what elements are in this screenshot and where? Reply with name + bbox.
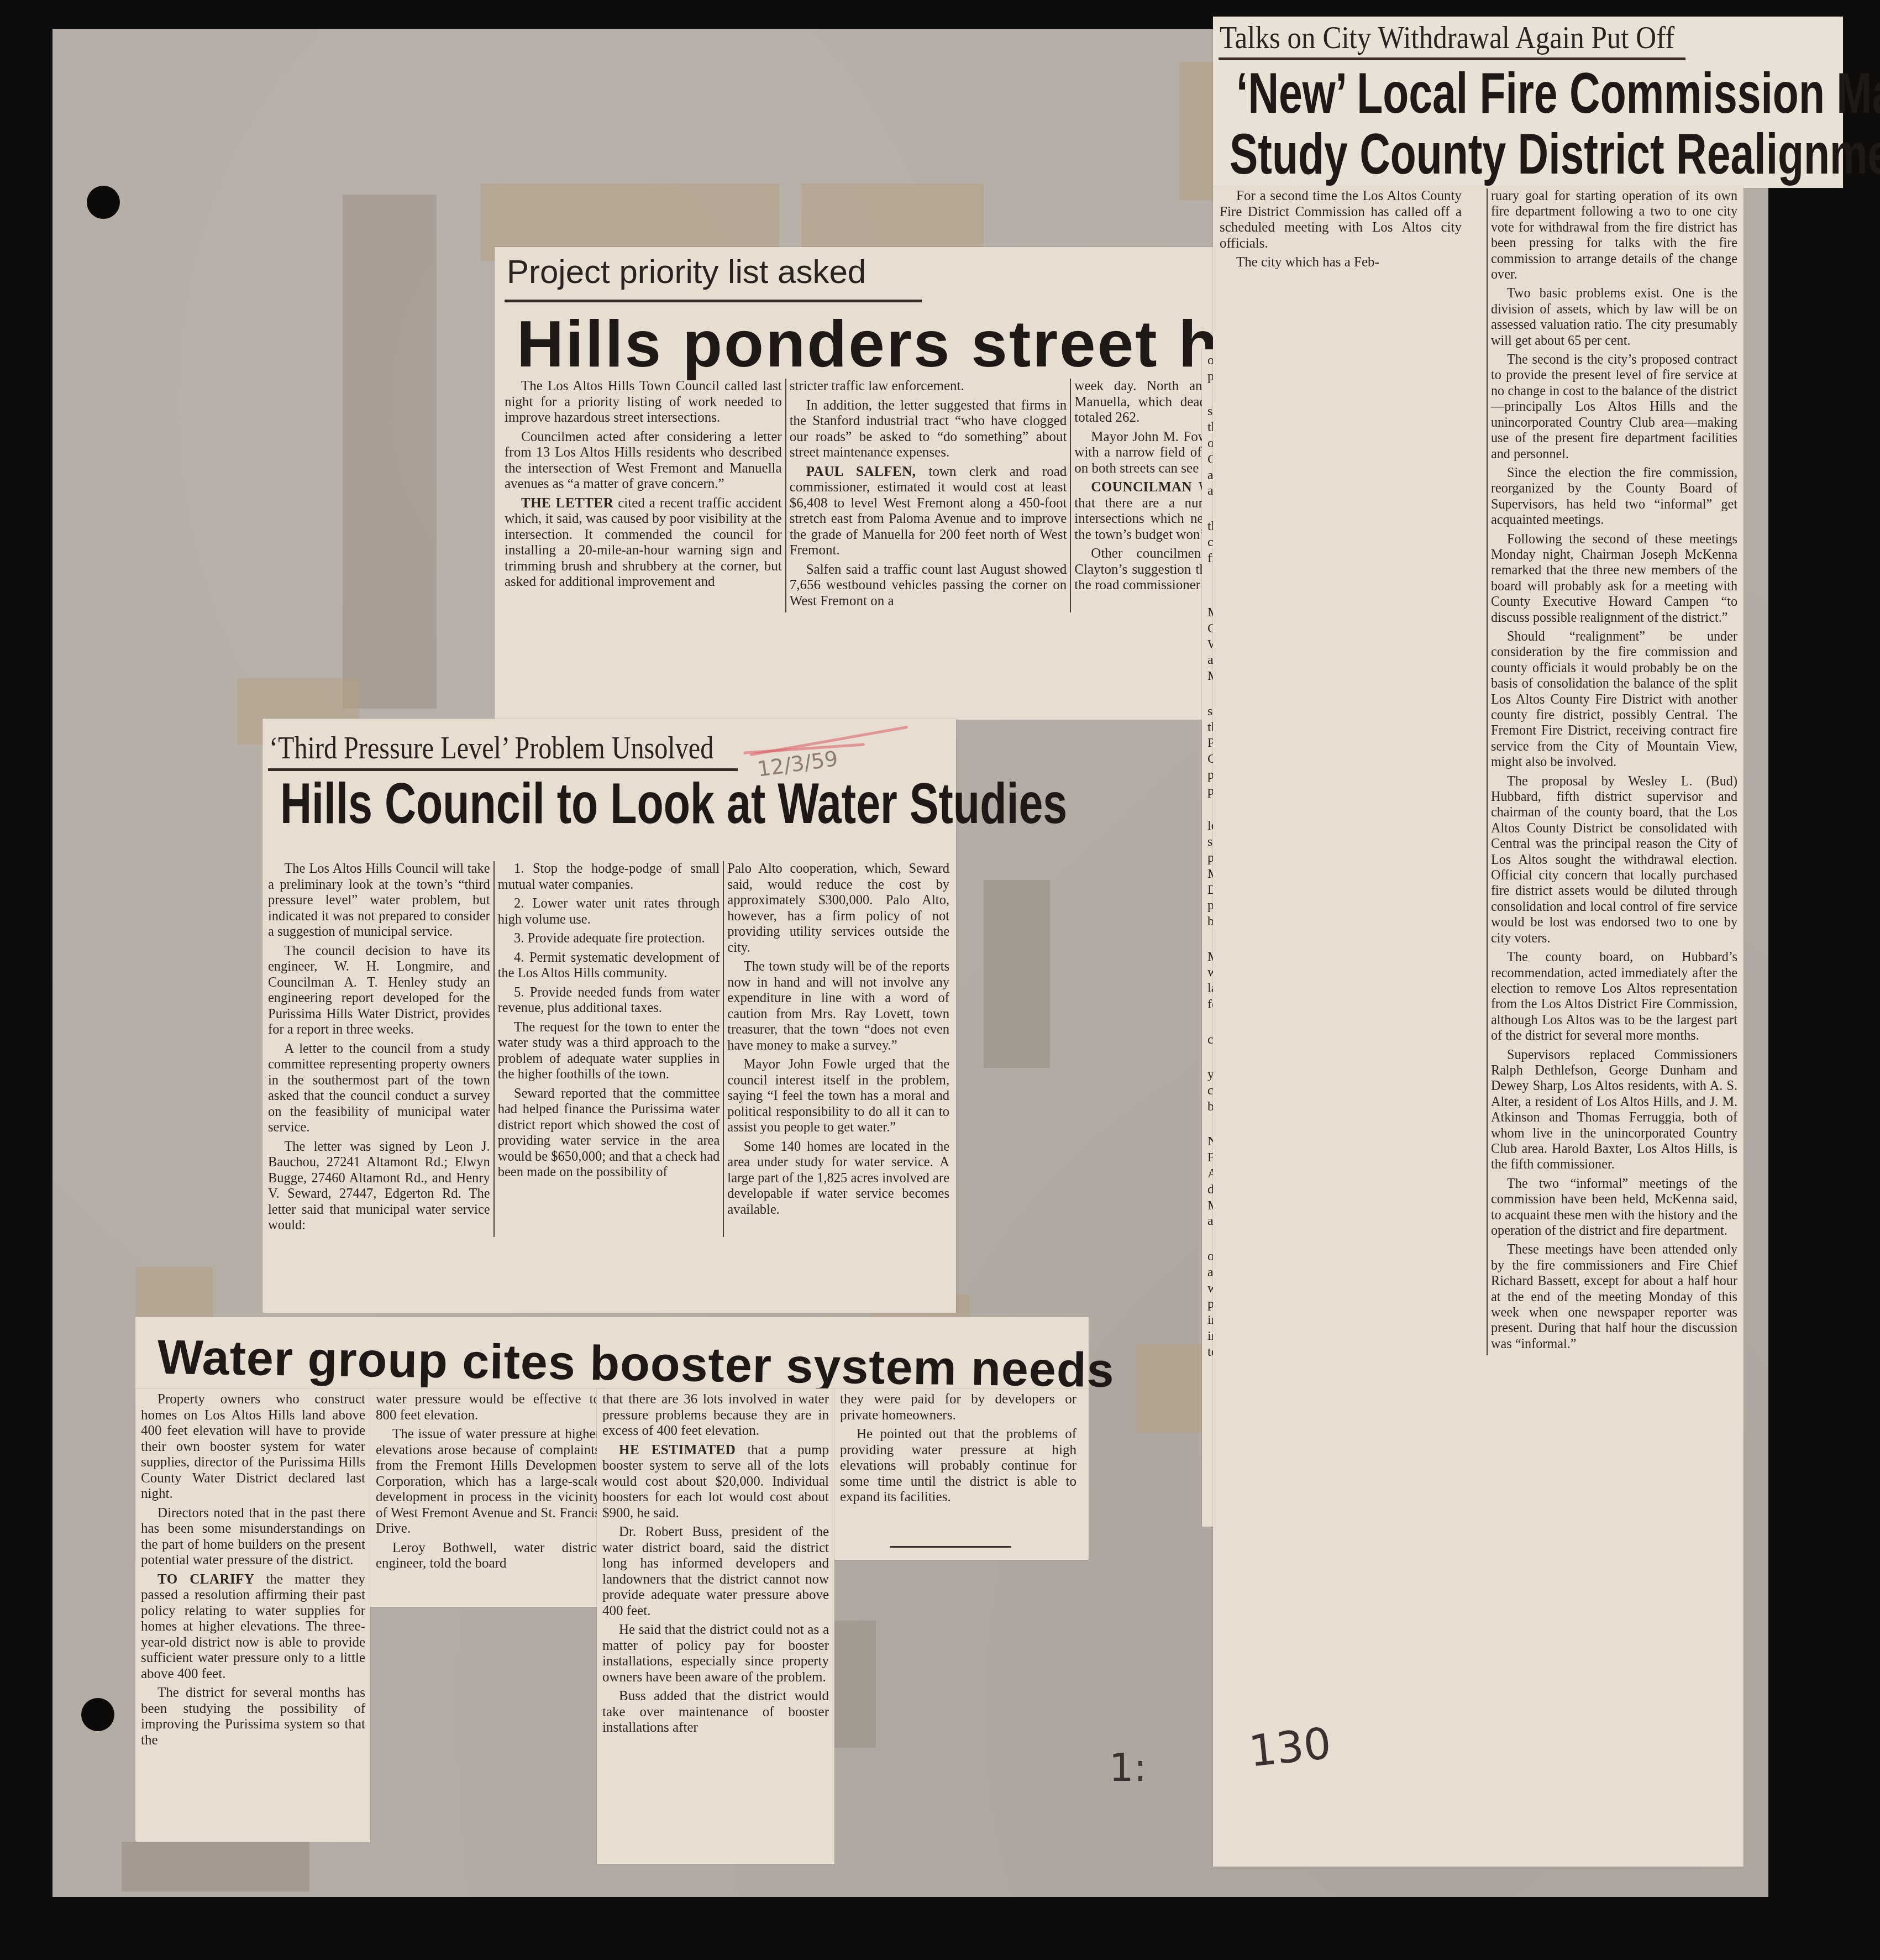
article-booster-col3: that there are 36 lots involved in water… (597, 1388, 834, 1864)
article-body: Property owners who construct homes on L… (138, 1392, 369, 1752)
article-booster-col1: Property owners who construct homes on L… (135, 1388, 370, 1842)
paragraph: they were paid for by developers or priv… (840, 1392, 1076, 1423)
paragraph: The issue of water pressure at higher el… (376, 1427, 600, 1537)
article-column: For a second time the Los Altos County F… (1216, 188, 1465, 274)
article-column: water pressure would be effective to 800… (372, 1392, 603, 1575)
tape-residue (122, 1842, 309, 1891)
article-headline-line1: ‘New’ Local Fire Commission May (1236, 61, 1880, 127)
paragraph: The request for the town to enter the wa… (498, 1020, 720, 1083)
paragraph: Two basic problems exist. One is the div… (1491, 286, 1737, 349)
paragraph: The city which has a Feb- (1220, 255, 1462, 271)
paragraph: The Los Altos Hills Council will take a … (268, 861, 490, 940)
paragraph: Leroy Bothwell, water district engineer,… (376, 1540, 600, 1572)
paragraph: HE ESTIMATED that a pump booster system … (602, 1443, 829, 1522)
paragraph-lead: PAUL SALFEN, (806, 464, 916, 479)
paragraph: Since the election the fire commission, … (1491, 465, 1737, 528)
article-headline: Hills Council to Look at Water Studies (280, 771, 1067, 837)
article-headline-line2: Study County District Realignment (1230, 122, 1880, 187)
paragraph: He pointed out that the problems of prov… (840, 1427, 1076, 1506)
paragraph: ruary goal for starting operation of its… (1491, 188, 1737, 282)
paragraph: The district for several months has been… (141, 1685, 365, 1748)
paragraph: Buss added that the district would take … (602, 1689, 829, 1736)
paragraph: The letter was signed by Leon J. Bauchou… (268, 1139, 490, 1234)
end-ornament (890, 1546, 1011, 1548)
paragraph: water pressure would be effective to 800… (376, 1392, 600, 1423)
paragraph: For a second time the Los Altos County F… (1220, 188, 1462, 251)
paragraph: The town study will be of the reports no… (727, 959, 949, 1054)
paragraph-lead: THE LETTER (521, 496, 613, 511)
paragraph: Supervisors replaced Commissioners Ralph… (1491, 1047, 1737, 1173)
paragraph-lead: HE ESTIMATED (619, 1443, 736, 1458)
paragraph: TO CLARIFY the matter they passed a reso… (141, 1572, 365, 1683)
paragraph: 4. Permit systematic development of the … (498, 950, 720, 982)
article-body: For a second time the Los Altos County F… (1216, 188, 1465, 274)
article-column: 1. Stop the hodge-podge of small mutual … (493, 861, 723, 1237)
paragraph-lead: TO CLARIFY (157, 1572, 255, 1587)
binder-hole-top (87, 186, 120, 219)
paragraph: THE LETTER cited a recent traffic accide… (505, 496, 782, 590)
paragraph: 5. Provide needed funds from water reven… (498, 985, 720, 1016)
paragraph: Should “realignment” be under considerat… (1491, 629, 1737, 771)
article-column: ruary goal for starting operation of its… (1487, 188, 1741, 1355)
binder-hole-bottom (81, 1698, 114, 1731)
paragraph: Some 140 homes are located in the area u… (727, 1139, 949, 1218)
article-column: The Los Altos Hills Council will take a … (265, 861, 493, 1237)
kicker-rule (1219, 57, 1685, 60)
paragraph: The council decision to have its enginee… (268, 944, 490, 1038)
paragraph: 2. Lower water unit rates through high v… (498, 896, 720, 927)
tape-strip (984, 880, 1050, 1068)
paragraph: Mayor John Fowle urged that the council … (727, 1057, 949, 1136)
article-column: The Los Altos Hills Town Council called … (501, 379, 785, 612)
page-number-annotation: 130 (1247, 1718, 1333, 1776)
article-body: that there are 36 lots involved in water… (599, 1392, 832, 1739)
paragraph: Councilmen acted after considering a let… (505, 429, 782, 492)
paragraph: Palo Alto cooperation, which, Seward sai… (727, 861, 949, 956)
paragraph: 3. Provide adequate fire protection. (498, 931, 720, 947)
paragraph: Dr. Robert Buss, president of the water … (602, 1524, 829, 1619)
paragraph: 1. Stop the hodge-podge of small mutual … (498, 861, 720, 893)
article-column: that there are 36 lots involved in water… (599, 1392, 832, 1739)
paragraph: Seward reported that the committee had h… (498, 1086, 720, 1181)
article-body: they were paid for by developers or priv… (837, 1392, 1080, 1509)
paragraph: PAUL SALFEN, town clerk and road commiss… (790, 464, 1067, 559)
article-column: they were paid for by developers or priv… (837, 1392, 1080, 1509)
paragraph: Directors noted that in the past there h… (141, 1506, 365, 1569)
article-booster-col4: they were paid for by developers or priv… (834, 1388, 1089, 1560)
paragraph: Salfen said a traffic count last August … (790, 562, 1067, 610)
paragraph: The Los Altos Hills Town Council called … (505, 379, 782, 426)
article-column: Palo Alto cooperation, which, Seward sai… (723, 861, 953, 1237)
paragraph: The second is the city’s proposed contra… (1491, 352, 1737, 462)
paragraph: A letter to the council from a study com… (268, 1041, 490, 1136)
article-fire-commission-body: For a second time the Los Altos County F… (1213, 186, 1744, 1867)
article-water-studies: ‘Third Pressure Level’ Problem Unsolved … (262, 719, 956, 1313)
paragraph: Following the second of these meetings M… (1491, 532, 1737, 626)
margin-mark: 1: (1109, 1745, 1147, 1790)
kicker-rule (505, 300, 922, 302)
article-column: stricter traffic law enforcement.In addi… (785, 379, 1070, 612)
article-body: The Los Altos Hills Council will take a … (265, 861, 953, 1237)
tape-strip (1136, 1344, 1207, 1433)
tape-residue (343, 195, 437, 709)
paragraph: The county board, on Hubbard’s recommend… (1491, 950, 1737, 1044)
article-kicker: Talks on City Withdrawal Again Put Off (1220, 19, 1768, 56)
paragraph-lead: COUNCILMAN (1091, 480, 1192, 495)
paragraph: These meetings have been attended only b… (1491, 1242, 1737, 1352)
paragraph: Property owners who construct homes on L… (141, 1392, 365, 1502)
paragraph: He said that the district could not as a… (602, 1622, 829, 1685)
paragraph: that there are 36 lots involved in water… (602, 1392, 829, 1439)
paragraph: In addition, the letter suggested that f… (790, 398, 1067, 461)
article-fire-commission: Talks on City Withdrawal Again Put Off ‘… (1213, 17, 1843, 188)
article-body: water pressure would be effective to 800… (372, 1392, 603, 1575)
paragraph: The proposal by Wesley L. (Bud) Hubbard,… (1491, 774, 1737, 946)
article-body: ruary goal for starting operation of its… (1487, 188, 1741, 1355)
article-column: Property owners who construct homes on L… (138, 1392, 369, 1752)
paragraph: stricter traffic law enforcement. (790, 379, 1067, 395)
paragraph: The two “informal” meetings of the commi… (1491, 1176, 1737, 1239)
article-booster-col2: water pressure would be effective to 800… (370, 1388, 605, 1607)
scrapbook-page: Project priority list asked Hills ponder… (52, 29, 1768, 1897)
